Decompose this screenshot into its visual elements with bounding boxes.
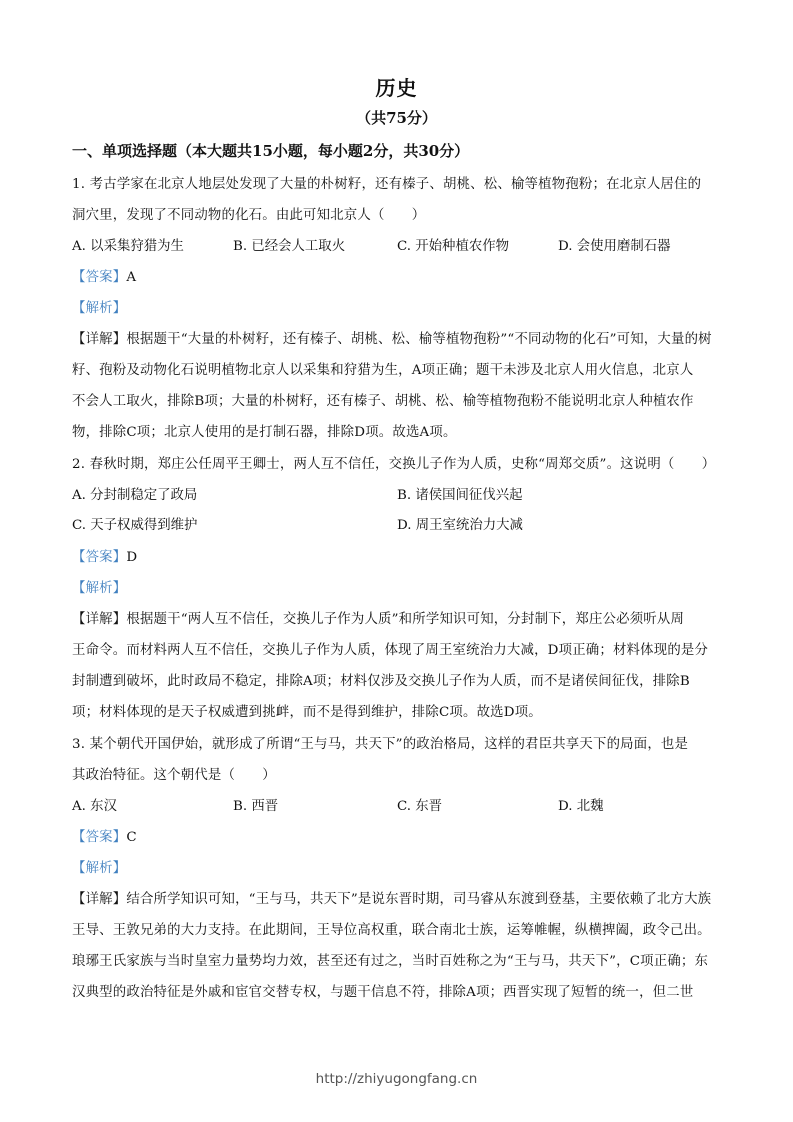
- answer-tag: 【答案】: [72, 830, 126, 845]
- question-1-option-d: D. 会使用磨制石器: [558, 235, 671, 254]
- page-subtitle: （共75分）: [0, 107, 793, 128]
- question-2-detail-line-2: 王命令。而材料两人互不信任，交换儿子作为人质，体现了周王室统治力大减，D项正确；…: [72, 639, 722, 658]
- question-2-option-c: C. 天子权威得到维护: [72, 514, 197, 533]
- page-title: 历史: [0, 72, 793, 101]
- answer-value: D: [126, 550, 137, 565]
- question-3-detail-line-4: 汉典型的政治特征是外戚和宦官交替专权，与题干信息不符，排除A项；西晋实现了短暂的…: [72, 981, 722, 1000]
- question-3-option-a: A. 东汉: [72, 795, 117, 814]
- answer-tag: 【答案】: [72, 270, 126, 285]
- question-3-answer: 【答案】C: [72, 826, 722, 845]
- question-1-detail-line-1: 【详解】根据题干“大量的朴树籽，还有榛子、胡桃、松、榆等植物孢粉”“不同动物的化…: [72, 328, 722, 347]
- question-3-option-c: C. 东晋: [397, 795, 442, 814]
- question-3-detail-line-3: 琅琊王氏家族与当时皇室力量势均力效，甚至还有过之，当时百姓称之为“王与马，共天下…: [72, 950, 722, 969]
- question-2-detail-line-1: 【详解】根据题干“两人互不信任，交换儿子作为人质”和所学知识可知，分封制下，郑庄…: [72, 608, 722, 627]
- question-3-stem-line-1: 3. 某个朝代开国伊始，就形成了所谓“王与马，共天下”的政治格局，这样的君臣共享…: [72, 733, 722, 752]
- document-page: 历史 （共75分） 一、单项选择题（本大题共15小题，每小题2分，共30分） 1…: [0, 0, 793, 1122]
- question-1-stem-line-1: 1. 考古学家在北京人地层处发现了大量的朴树籽，还有榛子、胡桃、松、榆等植物孢粉…: [72, 173, 722, 192]
- question-1-analysis-tag: 【解析】: [72, 297, 722, 316]
- question-2-detail-line-3: 封制遭到破坏，此时政局不稳定，排除A项；材料仅涉及交换儿子作为人质，而不是诸侯间…: [72, 670, 722, 689]
- question-1-option-c: C. 开始种植农作物: [397, 235, 509, 254]
- answer-value: A: [126, 270, 136, 285]
- question-1-detail-line-2: 籽、孢粉及动物化石说明植物北京人以采集和狩猎为生，A项正确；题干未涉及北京人用火…: [72, 359, 722, 378]
- question-1-option-a: A. 以采集狩猎为生: [72, 235, 184, 254]
- question-1-answer: 【答案】A: [72, 266, 722, 285]
- question-2-answer: 【答案】D: [72, 546, 722, 565]
- footer-url: http://zhiyugongfang.cn: [0, 1071, 793, 1087]
- question-3-analysis-tag: 【解析】: [72, 857, 722, 876]
- question-3-stem-line-2: 其政治特征。这个朝代是（ ）: [72, 764, 722, 783]
- question-1-stem-line-2: 洞穴里，发现了不同动物的化石。由此可知北京人（ ）: [72, 204, 722, 223]
- section-heading: 一、单项选择题（本大题共15小题，每小题2分，共30分）: [72, 140, 469, 161]
- question-3-option-b: B. 西晋: [233, 795, 278, 814]
- question-2-option-d: D. 周王室统治力大减: [397, 514, 523, 533]
- answer-tag: 【答案】: [72, 550, 126, 565]
- answer-value: C: [126, 830, 136, 845]
- question-3-detail-line-1: 【详解】结合所学知识可知，“王与马，共天下”是说东晋时期，司马睿从东渡到登基，主…: [72, 888, 722, 907]
- question-2-analysis-tag: 【解析】: [72, 577, 722, 596]
- question-1-detail-line-3: 不会人工取火，排除B项；大量的朴树籽，还有榛子、胡桃、松、榆等植物孢粉不能说明北…: [72, 390, 722, 409]
- question-2-detail-line-4: 项；材料体现的是天子权威遭到挑衅，而不是得到维护，排除C项。故选D项。: [72, 701, 722, 720]
- question-1-option-b: B. 已经会人工取火: [233, 235, 345, 254]
- question-3-option-d: D. 北魏: [558, 795, 604, 814]
- question-2-option-a: A. 分封制稳定了政局: [72, 484, 197, 503]
- question-1-detail-line-4: 物，排除C项；北京人使用的是打制石器，排除D项。故选A项。: [72, 421, 722, 440]
- question-2-stem-line-1: 2. 春秋时期，郑庄公任周平王卿士，两人互不信任，交换儿子作为人质，史称“周郑交…: [72, 453, 722, 472]
- question-3-detail-line-2: 王导、王敦兄弟的大力支持。在此期间，王导位高权重，联合南北士族，运筹帷幄，纵横捭…: [72, 919, 722, 938]
- question-2-option-b: B. 诸侯国间征伐兴起: [397, 484, 522, 503]
